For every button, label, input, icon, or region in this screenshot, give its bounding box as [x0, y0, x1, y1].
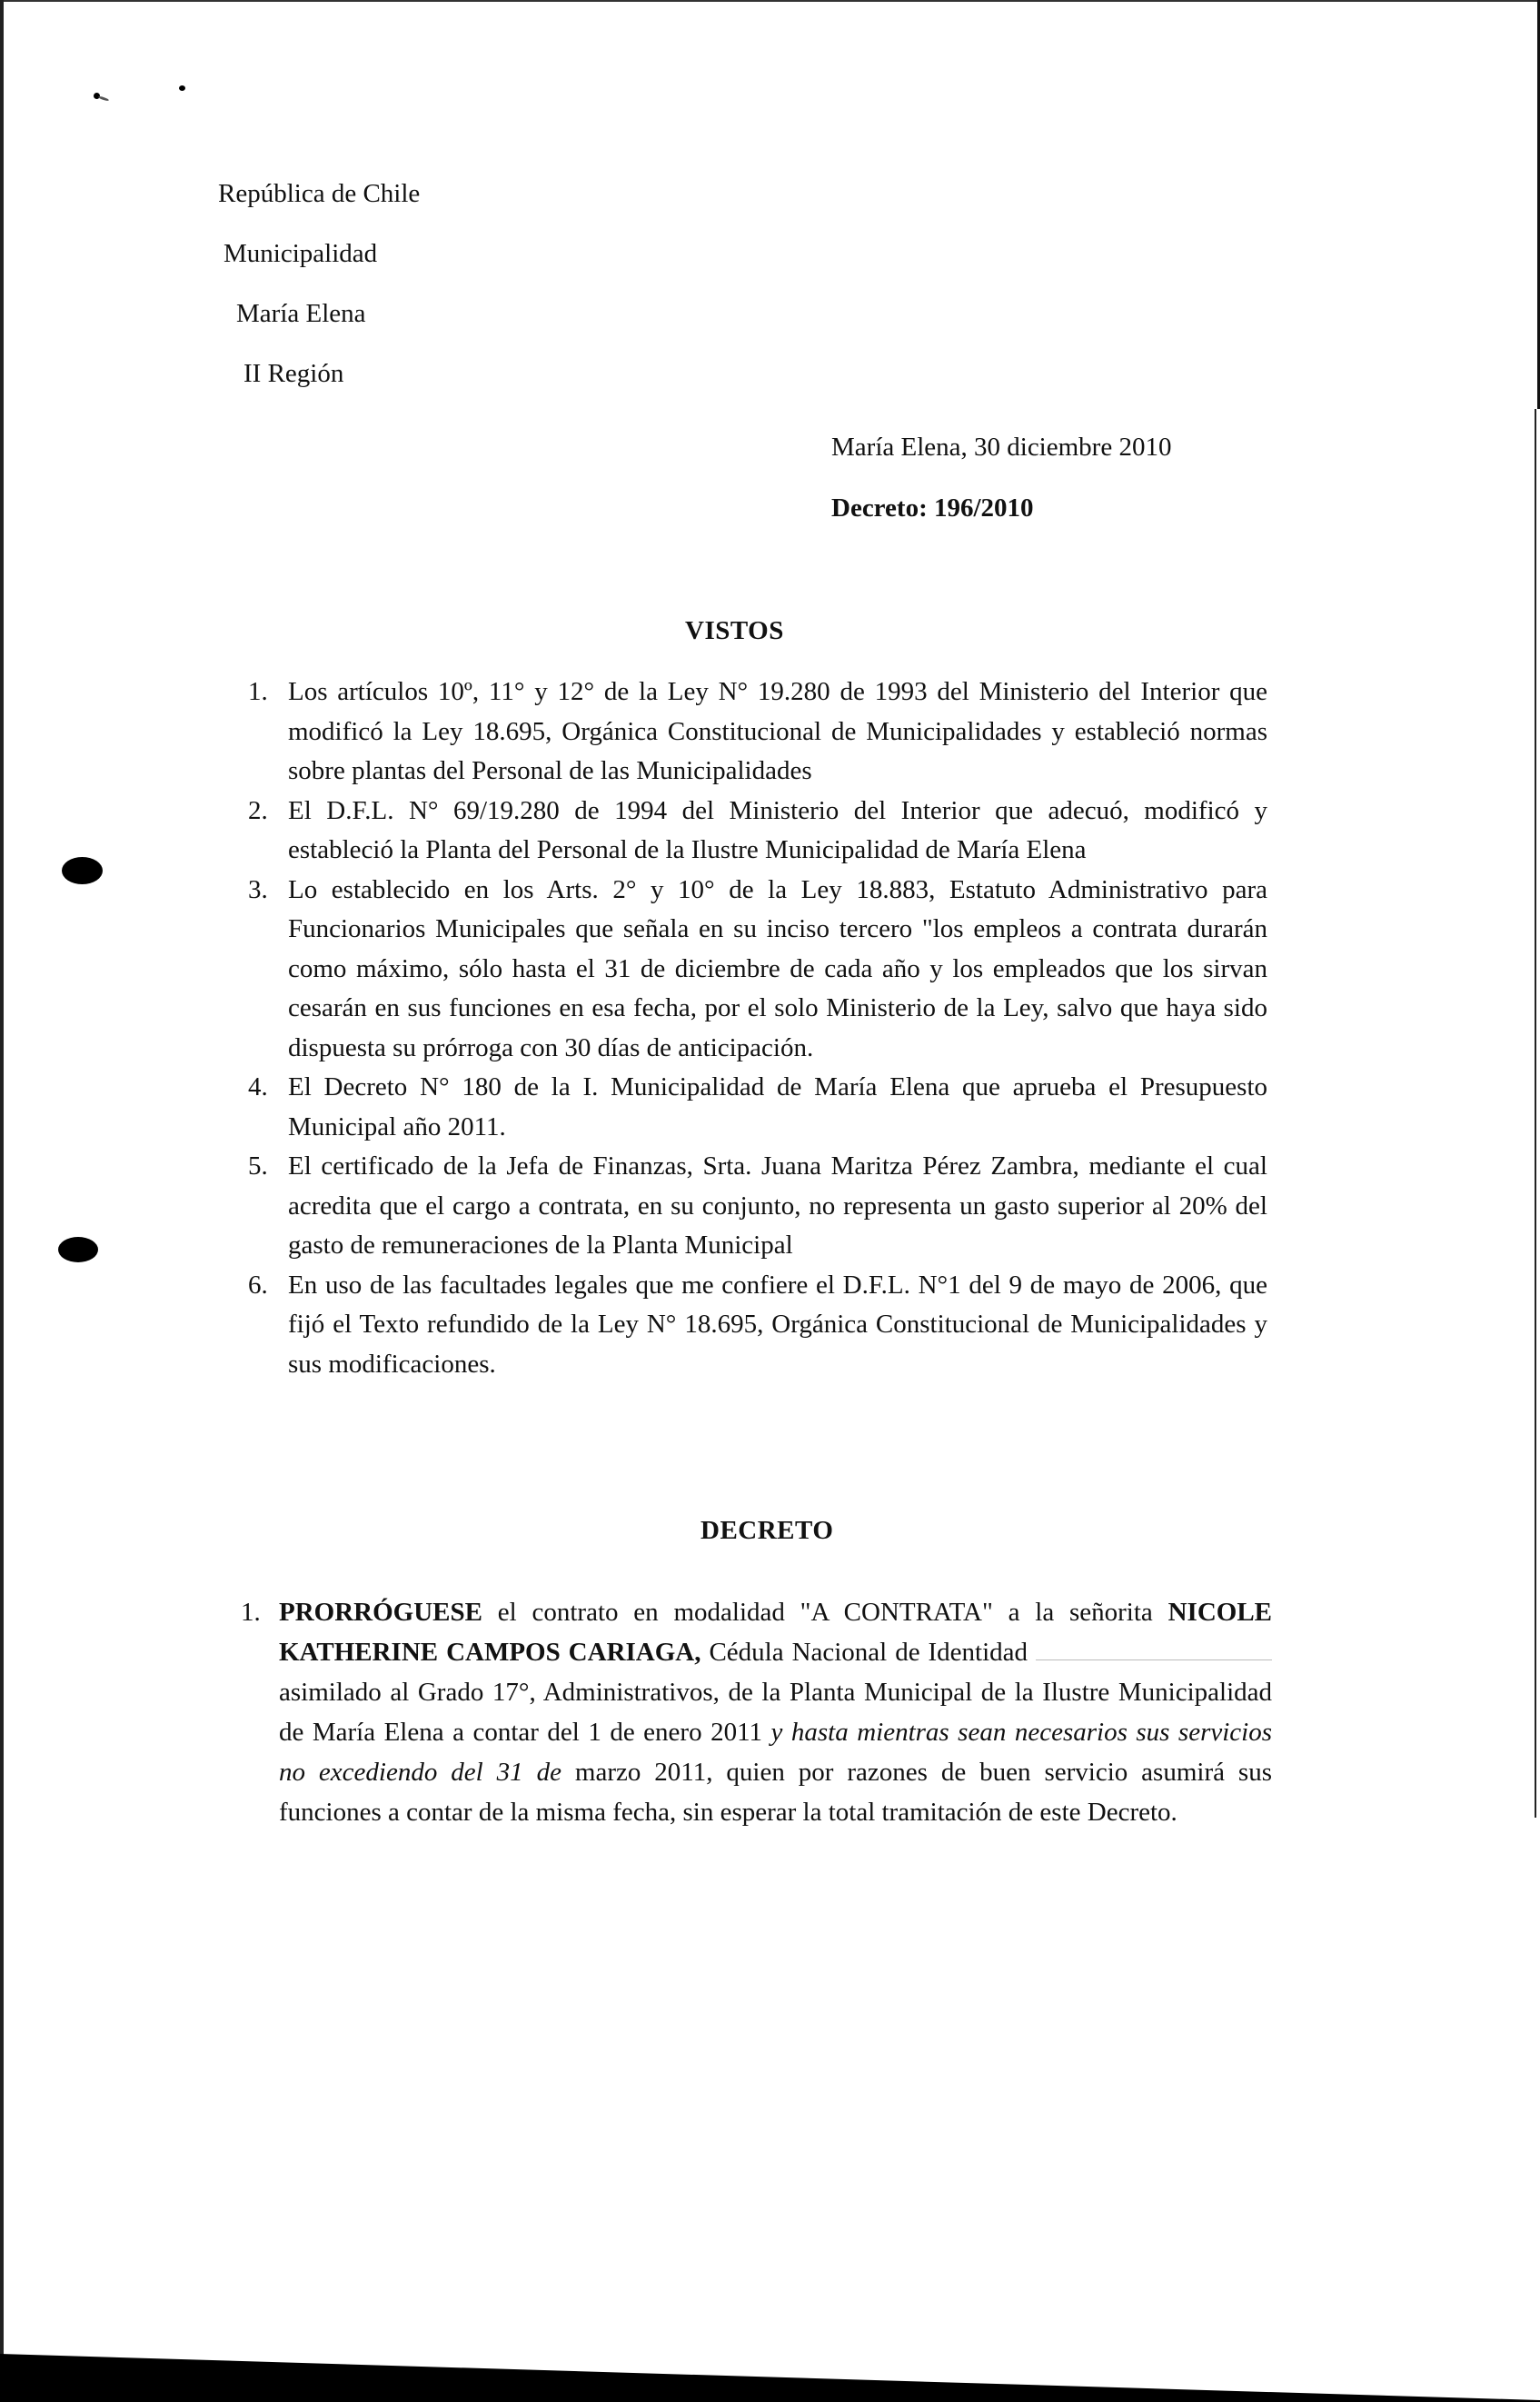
decree-number: Decreto: 196/2010 [831, 493, 1034, 523]
vistos-item: 1. Los artículos 10º, 11° y 12° de la Le… [241, 673, 1267, 792]
item-number: 3. [248, 871, 268, 911]
item-text: El Decreto N° 180 de la I. Municipalidad… [288, 1072, 1267, 1141]
item-text: El D.F.L. N° 69/19.280 de 1994 del Minis… [288, 796, 1267, 865]
vistos-item: 4. El Decreto N° 180 de la I. Municipali… [241, 1068, 1267, 1147]
section-title-decreto: DECRETO [700, 1516, 833, 1546]
vistos-item: 5. El certificado de la Jefa de Finanzas… [241, 1147, 1267, 1266]
item-text: el contrato en modalidad "A CONTRATA" a … [482, 1598, 1153, 1627]
decree-verb: PRORRÓGUESE [279, 1598, 482, 1627]
scan-edge-left [0, 0, 4, 2363]
scan-speck [179, 85, 185, 91]
item-number: 1. [248, 673, 268, 713]
letterhead-region: II Región [243, 358, 343, 389]
scanned-document-page: República de Chile Municipalidad María E… [0, 0, 1540, 2402]
vistos-item: 3. Lo establecido en los Arts. 2° y 10° … [241, 871, 1267, 1069]
item-number: 5. [248, 1147, 268, 1187]
redacted-id-number [1036, 1640, 1272, 1660]
vistos-list: 1. Los artículos 10º, 11° y 12° de la Le… [241, 673, 1267, 1384]
letterhead-country: República de Chile [218, 178, 420, 209]
scan-edge-top [0, 0, 1540, 2]
scan-edge-right-lower [1535, 409, 1536, 1818]
scan-bottom-shadow [0, 2354, 1540, 2402]
scan-speck-tail [98, 95, 109, 102]
section-title-vistos: VISTOS [685, 616, 784, 646]
vistos-item: 2. El D.F.L. N° 69/19.280 de 1994 del Mi… [241, 792, 1267, 871]
item-text: Lo establecido en los Arts. 2° y 10° de … [288, 875, 1267, 1062]
vistos-item: 6. En uso de las facultades legales que … [241, 1266, 1267, 1385]
item-text: En uso de las facultades legales que me … [288, 1271, 1267, 1379]
decreto-list: 1. PRORRÓGUESE el contrato en modalidad … [241, 1592, 1272, 1832]
item-text: Los artículos 10º, 11° y 12° de la Ley N… [288, 677, 1267, 785]
decreto-item: 1. PRORRÓGUESE el contrato en modalidad … [241, 1592, 1272, 1832]
letterhead-institution: Municipalidad [224, 238, 377, 269]
punch-hole-icon [58, 1237, 98, 1262]
item-number: 1. [241, 1592, 261, 1632]
punch-hole-icon [62, 857, 103, 884]
item-text: El certificado de la Jefa de Finanzas, S… [288, 1151, 1267, 1260]
item-text: Cédula Nacional de Identidad [701, 1638, 1028, 1667]
item-number: 2. [248, 792, 268, 832]
item-number: 4. [248, 1068, 268, 1108]
letterhead-city: María Elena [236, 298, 366, 329]
item-number: 6. [248, 1266, 268, 1306]
date-line: María Elena, 30 diciembre 2010 [831, 433, 1171, 463]
